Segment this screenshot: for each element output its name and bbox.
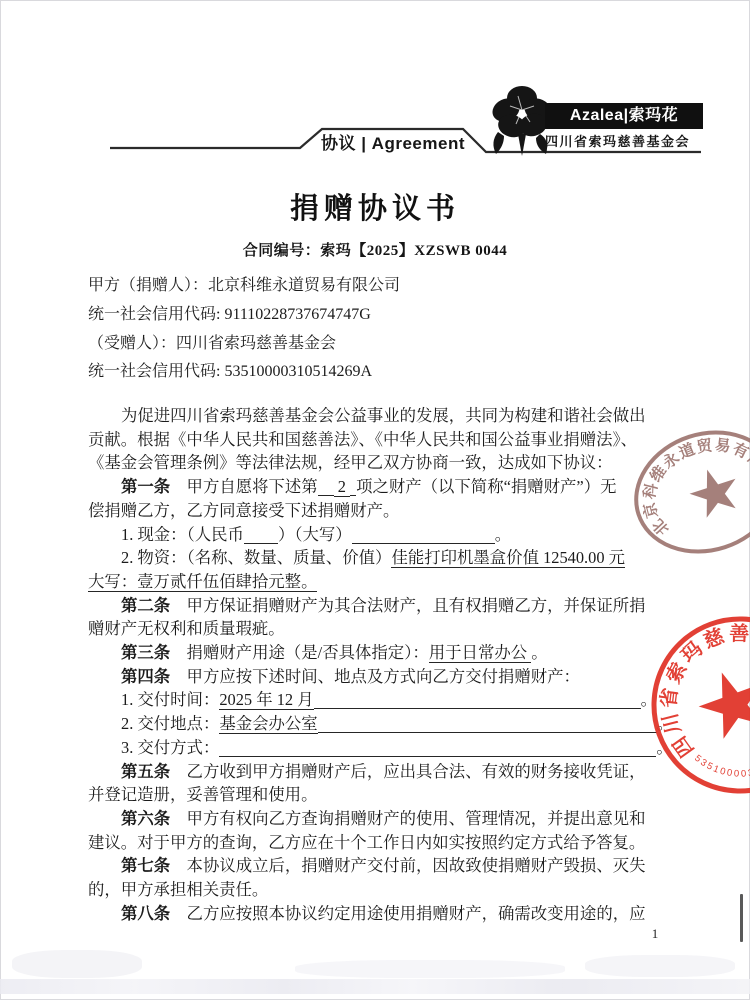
clause-text: 并登记造册，妥善管理和使用。 <box>88 785 317 804</box>
banner-label: 协议 | Agreement <box>308 129 478 154</box>
paragraph: 1. 交付时间：2025 年 12 月。 <box>88 688 700 712</box>
clause-label: 第三条 <box>121 643 170 662</box>
document-title: 捐赠协议书 <box>0 186 750 227</box>
clause-text: 。 <box>495 525 511 544</box>
paragraph: 第四条 甲方应按下述时间、地点及方式向乙方交付捐赠财产： <box>88 665 700 689</box>
clause-label: 第五条 <box>121 762 170 781</box>
agreement-document-page: 协议 | Agreement Azalea|索玛花 四川省索玛慈善基金会 捐赠协… <box>0 0 750 1000</box>
party-b-line: （受赠人）：四川省索玛慈善基金会 <box>88 330 400 359</box>
clause-text: 。 <box>531 643 547 662</box>
clause-text: 甲方应按下述时间、地点及方式向乙方交付捐赠财产： <box>170 667 580 686</box>
blank-underline <box>219 739 656 756</box>
clause-text: ）（大写） <box>278 525 352 544</box>
filled-in-value: 2 <box>334 477 350 497</box>
blank-underline <box>244 526 278 543</box>
paragraph: 第三条 捐赠财产用途（是/否具体指定）：用于日常办公 。 <box>88 641 700 665</box>
clause-text: 贡献。根据《中华人民共和国慈善法》、《中华人民共和国公益事业捐赠法》、 <box>88 430 637 449</box>
parties-block: 甲方（捐赠人）：北京科维永道贸易有限公司 统一社会信用代码: 911102287… <box>88 272 400 387</box>
paragraph: 第五条 乙方收到甲方捐赠财产后，应出具合法、有效的财务接收凭证，并登记造册，妥善… <box>88 760 700 807</box>
blank-underline <box>314 692 641 709</box>
page-number: 1 <box>645 926 665 942</box>
logo-org-name: 四川省索玛慈善基金会 <box>545 131 705 150</box>
clause-text: 2. 物资：（名称、数量、质量、价值） <box>121 548 391 567</box>
filled-in-value: 大写：壹万贰仟伍佰肆拾元整。 <box>88 572 317 592</box>
clause-text: 乙方应按照本协议约定用途使用捐赠财产，确需改变用途的，应 <box>170 904 645 923</box>
clause-label: 第四条 <box>121 667 170 686</box>
clause-label: 第六条 <box>121 809 170 828</box>
logo-brand-bar: Azalea|索玛花 <box>545 103 703 129</box>
party-a-line: 甲方（捐赠人）：北京科维永道贸易有限公司 <box>88 272 400 301</box>
clause-text: 乙方收到甲方捐赠财产后，应出具合法、有效的财务接收凭证， <box>170 762 645 781</box>
paragraph: 1. 现金：（人民币）（大写）。 <box>88 523 700 547</box>
clause-text: 本协议成立后，捐赠财产交付前，因故致使捐赠财产毁损、灭失 <box>170 856 645 875</box>
scan-smudge-band <box>0 979 750 994</box>
clause-text: 偿捐赠乙方，乙方同意接受下述捐赠财产。 <box>88 501 399 520</box>
paragraph: 2. 物资：（名称、数量、质量、价值）佳能打印机墨盒价值 12540.00 元大… <box>88 546 700 593</box>
paragraph: 第六条 甲方有权向乙方查询捐赠财产的使用、管理情况，并提出意见和建议。对于甲方的… <box>88 807 700 854</box>
clause-label: 第七条 <box>121 856 170 875</box>
clause-text: 项之财产（以下简称“捐赠财产”）无 <box>356 477 616 496</box>
paragraph: 第八条 乙方应按照本协议约定用途使用捐赠财产，确需改变用途的，应 <box>88 902 700 926</box>
foundation-logo: Azalea|索玛花 四川省索玛慈善基金会 <box>488 80 713 155</box>
agreement-body: 为促进四川省索玛慈善基金会公益事业的发展，共同为构建和谐社会做出贡献。根据《中华… <box>88 404 700 925</box>
clause-text: 甲方自愿将下述第 <box>170 477 318 496</box>
scan-smudge <box>585 955 735 977</box>
paragraph: 第二条 甲方保证捐赠财产为其合法财产，且有权捐赠乙方，并保证所捐赠财产无权利和质… <box>88 594 700 641</box>
clause-label: 第八条 <box>121 904 170 923</box>
blank-underline <box>318 479 334 496</box>
contract-number: 合同编号：索玛【2025】XZSWB 0044 <box>0 239 750 260</box>
clause-label: 第一条 <box>121 477 170 496</box>
paragraph: 为促进四川省索玛慈善基金会公益事业的发展，共同为构建和谐社会做出贡献。根据《中华… <box>88 404 700 475</box>
clause-text: 。 <box>656 738 672 757</box>
clause-text: 赠财产无权利和质量瑕疵。 <box>88 619 285 638</box>
filled-in-value: 基金会办公室 <box>219 714 317 734</box>
clause-text: 为促进四川省索玛慈善基金会公益事业的发展，共同为构建和谐社会做出 <box>121 406 646 425</box>
blank-underline <box>318 716 657 733</box>
scan-artifact-line <box>740 894 743 942</box>
paragraph: 第七条 本协议成立后，捐赠财产交付前，因故致使捐赠财产毁损、灭失的，甲方承担相关… <box>88 854 700 901</box>
party-a-credit-code: 统一社会信用代码: 91110228737674747G <box>88 301 400 330</box>
blank-underline <box>352 526 495 543</box>
clause-text: 1. 交付时间： <box>121 690 219 709</box>
clause-text: 的，甲方承担相关责任。 <box>88 880 268 899</box>
filled-in-value: 2025 年 12 月 <box>219 690 313 710</box>
scan-smudge <box>295 960 565 978</box>
paragraph: 2. 交付地点：基金会办公室。 <box>88 712 700 736</box>
clause-text: 甲方有权向乙方查询捐赠财产的使用、管理情况，并提出意见和 <box>170 809 645 828</box>
filled-in-value: 用于日常办公 <box>429 643 531 663</box>
clause-text: 甲方保证捐赠财产为其合法财产，且有权捐赠乙方，并保证所捐 <box>170 596 645 615</box>
clause-text: 。 <box>657 714 673 733</box>
clause-text: 1. 现金：（人民币 <box>121 525 244 544</box>
paragraph: 第一条 甲方自愿将下述第 2 项之财产（以下简称“捐赠财产”）无偿捐赠乙方，乙方… <box>88 475 700 522</box>
clause-text: 捐赠财产用途（是/否具体指定）： <box>170 643 429 662</box>
clause-text: 2. 交付地点： <box>121 714 219 733</box>
filled-in-value: 佳能打印机墨盒价值 12540.00 元 <box>391 548 625 568</box>
party-b-credit-code: 统一社会信用代码: 53510000310514269A <box>88 358 400 387</box>
clause-text: 3. 交付方式： <box>121 738 219 757</box>
paragraph: 3. 交付方式：。 <box>88 736 700 760</box>
clause-label: 第二条 <box>121 596 170 615</box>
clause-text: 《基金会管理条例》等法律法规，经甲乙双方协商一致，达成如下协议： <box>88 453 613 472</box>
scan-smudge <box>12 950 142 978</box>
clause-text: 。 <box>641 690 657 709</box>
clause-text: 建议。对于甲方的查询，乙方应在十个工作日内如实按照约定方式给予答复。 <box>88 833 645 852</box>
